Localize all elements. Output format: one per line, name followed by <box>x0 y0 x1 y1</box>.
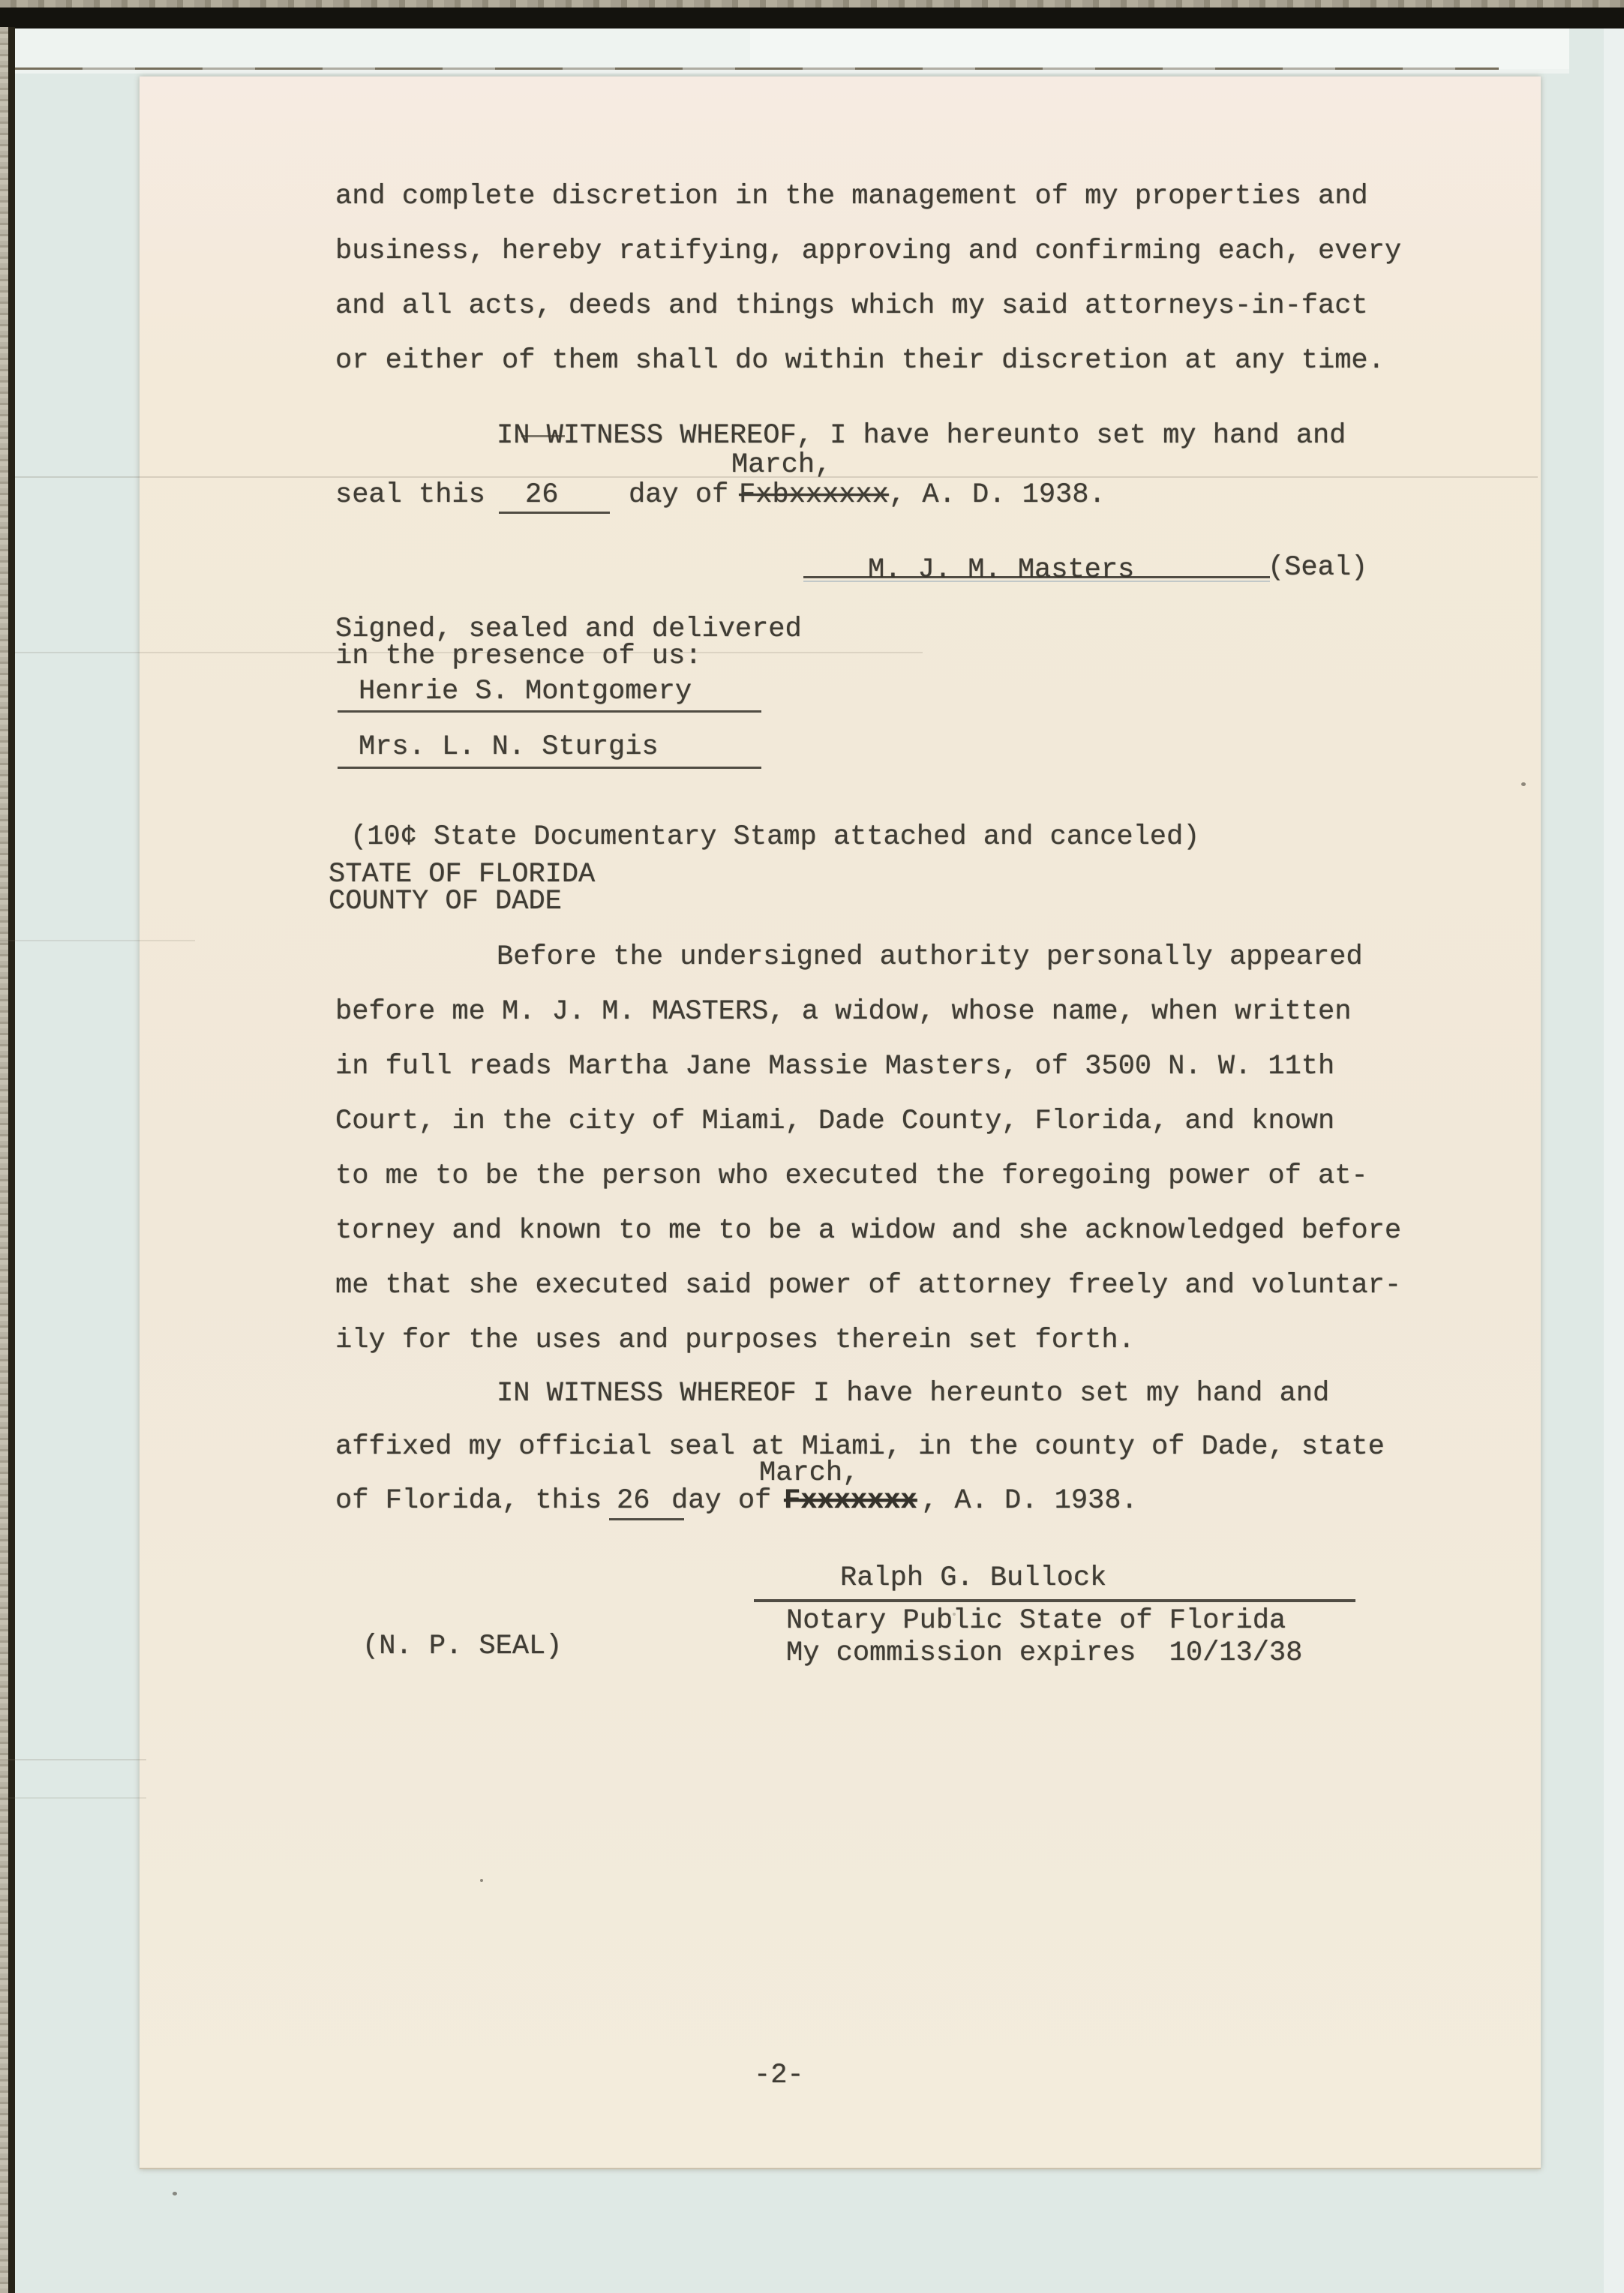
page-number: -2- <box>754 2061 804 2090</box>
venue-state: STATE OF FLORIDA <box>329 860 595 889</box>
acknowledgment-line: Court, in the city of Miami, Dade County… <box>335 1107 1334 1136</box>
acknowledgment-line: to me to be the person who executed the … <box>335 1162 1368 1190</box>
day-underline <box>609 1518 684 1520</box>
attestation-line: in the presence of us: <box>335 642 701 671</box>
witness-signature: Mrs. L. N. Sturgis <box>359 733 659 761</box>
seal-date-suffix: , A. D. 1938. <box>889 481 1106 509</box>
fold-crease <box>0 1759 146 1760</box>
handwritten-day: 26 <box>525 481 558 509</box>
handwritten-day: 26 <box>617 1487 650 1515</box>
seal-label: (Seal) <box>1268 554 1367 582</box>
body-line: business, hereby ratifying, approving an… <box>335 237 1401 266</box>
interlined-month: March, <box>759 1459 859 1487</box>
signature-underline <box>803 576 1270 578</box>
witness-underline <box>338 767 761 769</box>
witness-clause-line: IN WITNESS WHEREOF, I have hereunto set … <box>497 422 1346 450</box>
notary-commission: My commission expires 10/13/38 <box>786 1639 1302 1667</box>
day-underline <box>499 512 610 514</box>
seal-date-mid: day of <box>629 481 728 509</box>
seal-date-suffix: , A. D. 1938. <box>921 1487 1138 1515</box>
interlined-month: March, <box>731 451 831 479</box>
fold-crease <box>0 1797 146 1799</box>
scanner-left-texture <box>0 27 8 2293</box>
witness-clause-line: affixed my official seal at Miami, in th… <box>335 1433 1385 1461</box>
body-line: and complete discretion in the managemen… <box>335 182 1368 211</box>
notary-title: Notary Public State of Florida <box>786 1607 1286 1635</box>
witness-underline <box>338 710 761 713</box>
acknowledgment-line: Before the undersigned authority persona… <box>497 943 1363 971</box>
scanner-top-black-strip <box>0 8 1624 29</box>
venue-county: COUNTY OF DADE <box>329 887 562 916</box>
np-seal-label: (N. P. SEAL) <box>362 1632 562 1661</box>
attestation-line: Signed, sealed and delivered <box>335 615 802 644</box>
acknowledgment-line: before me M. J. M. MASTERS, a widow, who… <box>335 998 1351 1026</box>
tape-seam-line <box>15 68 1499 70</box>
scanned-document-page: and complete discretion in the managemen… <box>0 0 1624 2293</box>
witness-clause-line: IN WITNESS WHEREOF I have hereunto set m… <box>497 1379 1329 1408</box>
seal-date-prefix: of Florida, this <box>335 1487 602 1515</box>
signature-underline-fringe <box>803 581 1270 582</box>
tape-band-highlight <box>750 29 1569 69</box>
right-edge-highlight <box>1604 29 1624 2293</box>
body-line: or either of them shall do within their … <box>335 347 1385 375</box>
witness-signature: Henrie S. Montgomery <box>359 677 692 706</box>
seal-date-prefix: seal this <box>335 481 485 509</box>
acknowledgment-line: torney and known to me to be a widow and… <box>335 1217 1401 1245</box>
fold-crease <box>0 940 195 941</box>
overstrike-artifact <box>521 435 565 437</box>
notary-signature: Ralph G. Bullock <box>840 1564 1106 1592</box>
notary-underline <box>754 1599 1355 1602</box>
seal-date-mid: day of <box>671 1487 771 1515</box>
acknowledgment-line: in full reads Martha Jane Massie Masters… <box>335 1052 1334 1081</box>
acknowledgment-line: me that she executed said power of attor… <box>335 1271 1401 1300</box>
body-line: and all acts, deeds and things which my … <box>335 292 1368 320</box>
acknowledgment-line: ily for the uses and purposes therein se… <box>335 1326 1135 1355</box>
scanner-left-dark-strip <box>8 27 15 2293</box>
struck-month: Fxxxxxxx <box>784 1487 917 1515</box>
stamp-note: (10¢ State Documentary Stamp attached an… <box>350 823 1199 851</box>
struck-month: Fxbxxxxxx <box>739 481 889 509</box>
